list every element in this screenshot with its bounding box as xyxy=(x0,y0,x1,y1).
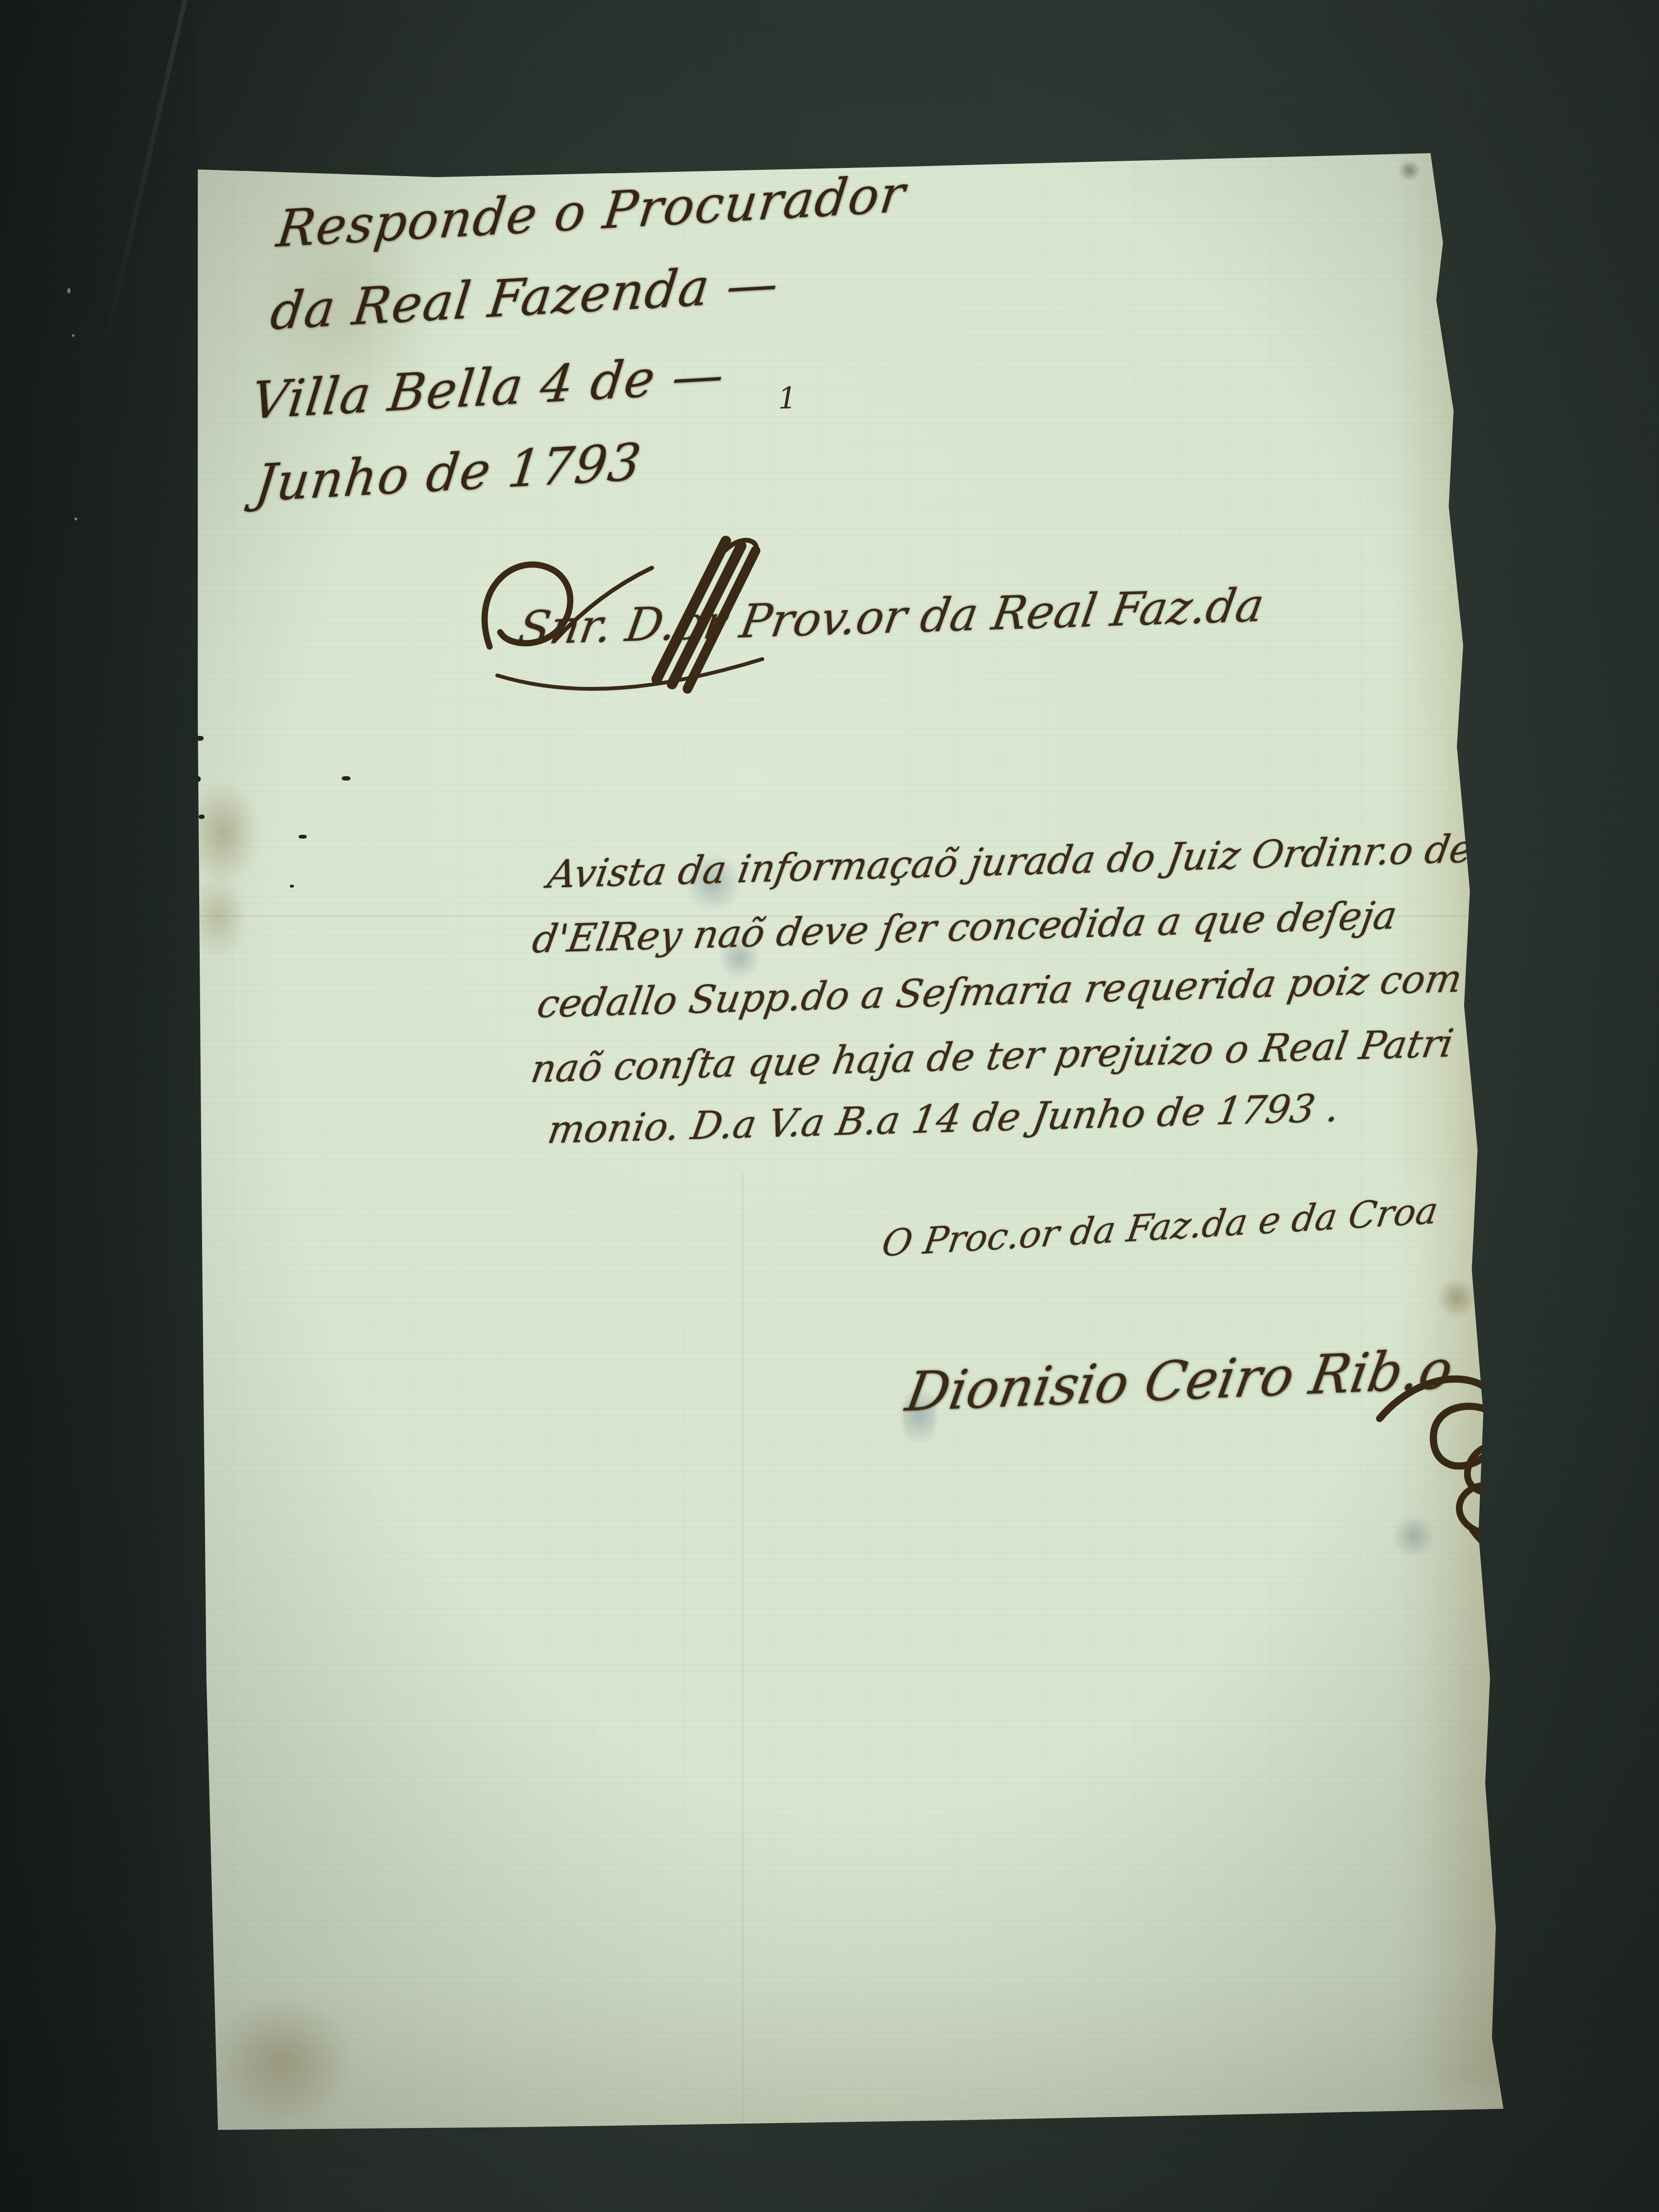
photograph-of-manuscript: Responde o Procurador da Real Fazenda — … xyxy=(0,0,1659,2212)
photo-vignette xyxy=(0,0,1659,2212)
